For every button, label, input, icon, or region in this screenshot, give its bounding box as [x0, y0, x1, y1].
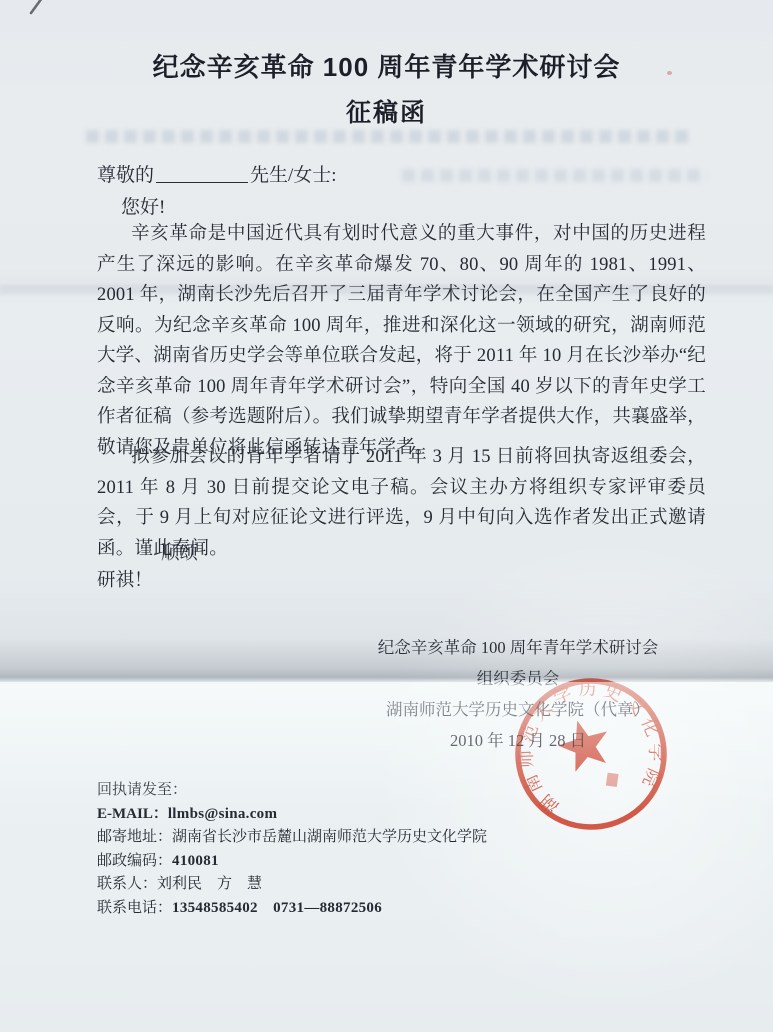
contacts-label: 联系人：	[97, 876, 157, 892]
address-label: 邮寄地址：	[97, 829, 172, 845]
contact-phone-line: 联系电话：13548585402 0731—88872506	[97, 897, 487, 921]
letter-title: 纪念辛亥革命 100 周年青年学术研讨会	[0, 47, 773, 84]
contacts-value: 刘利民 方 慧	[157, 876, 262, 892]
closing-phrase: 研祺！	[97, 566, 153, 592]
body-paragraph-1: 辛亥革命是中国近代具有划时代意义的重大事件，对中国的历史进程产生了深远的影响。在…	[97, 219, 706, 463]
letter-subtitle: 征稿函	[0, 93, 773, 129]
phone-label: 联系电话：	[97, 900, 172, 916]
scanned-letter-page: 纪念辛亥革命 100 周年青年学术研讨会 征稿函 尊敬的先生/女士: 您好! 辛…	[0, 0, 773, 1032]
postcode-label: 邮政编码：	[97, 853, 172, 869]
address-value: 湖南省长沙市岳麓山湖南师范大学历史文化学院	[172, 829, 487, 845]
contact-address-line: 邮寄地址：湖南省长沙市岳麓山湖南师范大学历史文化学院	[97, 826, 487, 850]
postcode-value: 410081	[172, 853, 219, 869]
greeting-prefix: 尊敬的	[97, 165, 154, 186]
contact-persons-line: 联系人：刘利民 方 慧	[97, 873, 487, 897]
fold-highlight	[0, 682, 773, 812]
phone-value: 13548585402 0731—88872506	[172, 900, 382, 916]
blank-underline	[156, 163, 248, 183]
pen-mark-icon	[26, 0, 50, 17]
bleed-through-text-line	[86, 130, 694, 143]
contact-postcode-line: 邮政编码：410081	[97, 850, 487, 874]
greeting-line: 尊敬的先生/女士:	[97, 160, 337, 187]
fold-crease	[0, 638, 773, 682]
closing-phrase: 顺颂	[161, 539, 198, 565]
greeting-suffix: 先生/女士:	[250, 165, 337, 186]
bleed-through-text-line	[402, 169, 707, 182]
salutation: 您好!	[121, 192, 165, 219]
